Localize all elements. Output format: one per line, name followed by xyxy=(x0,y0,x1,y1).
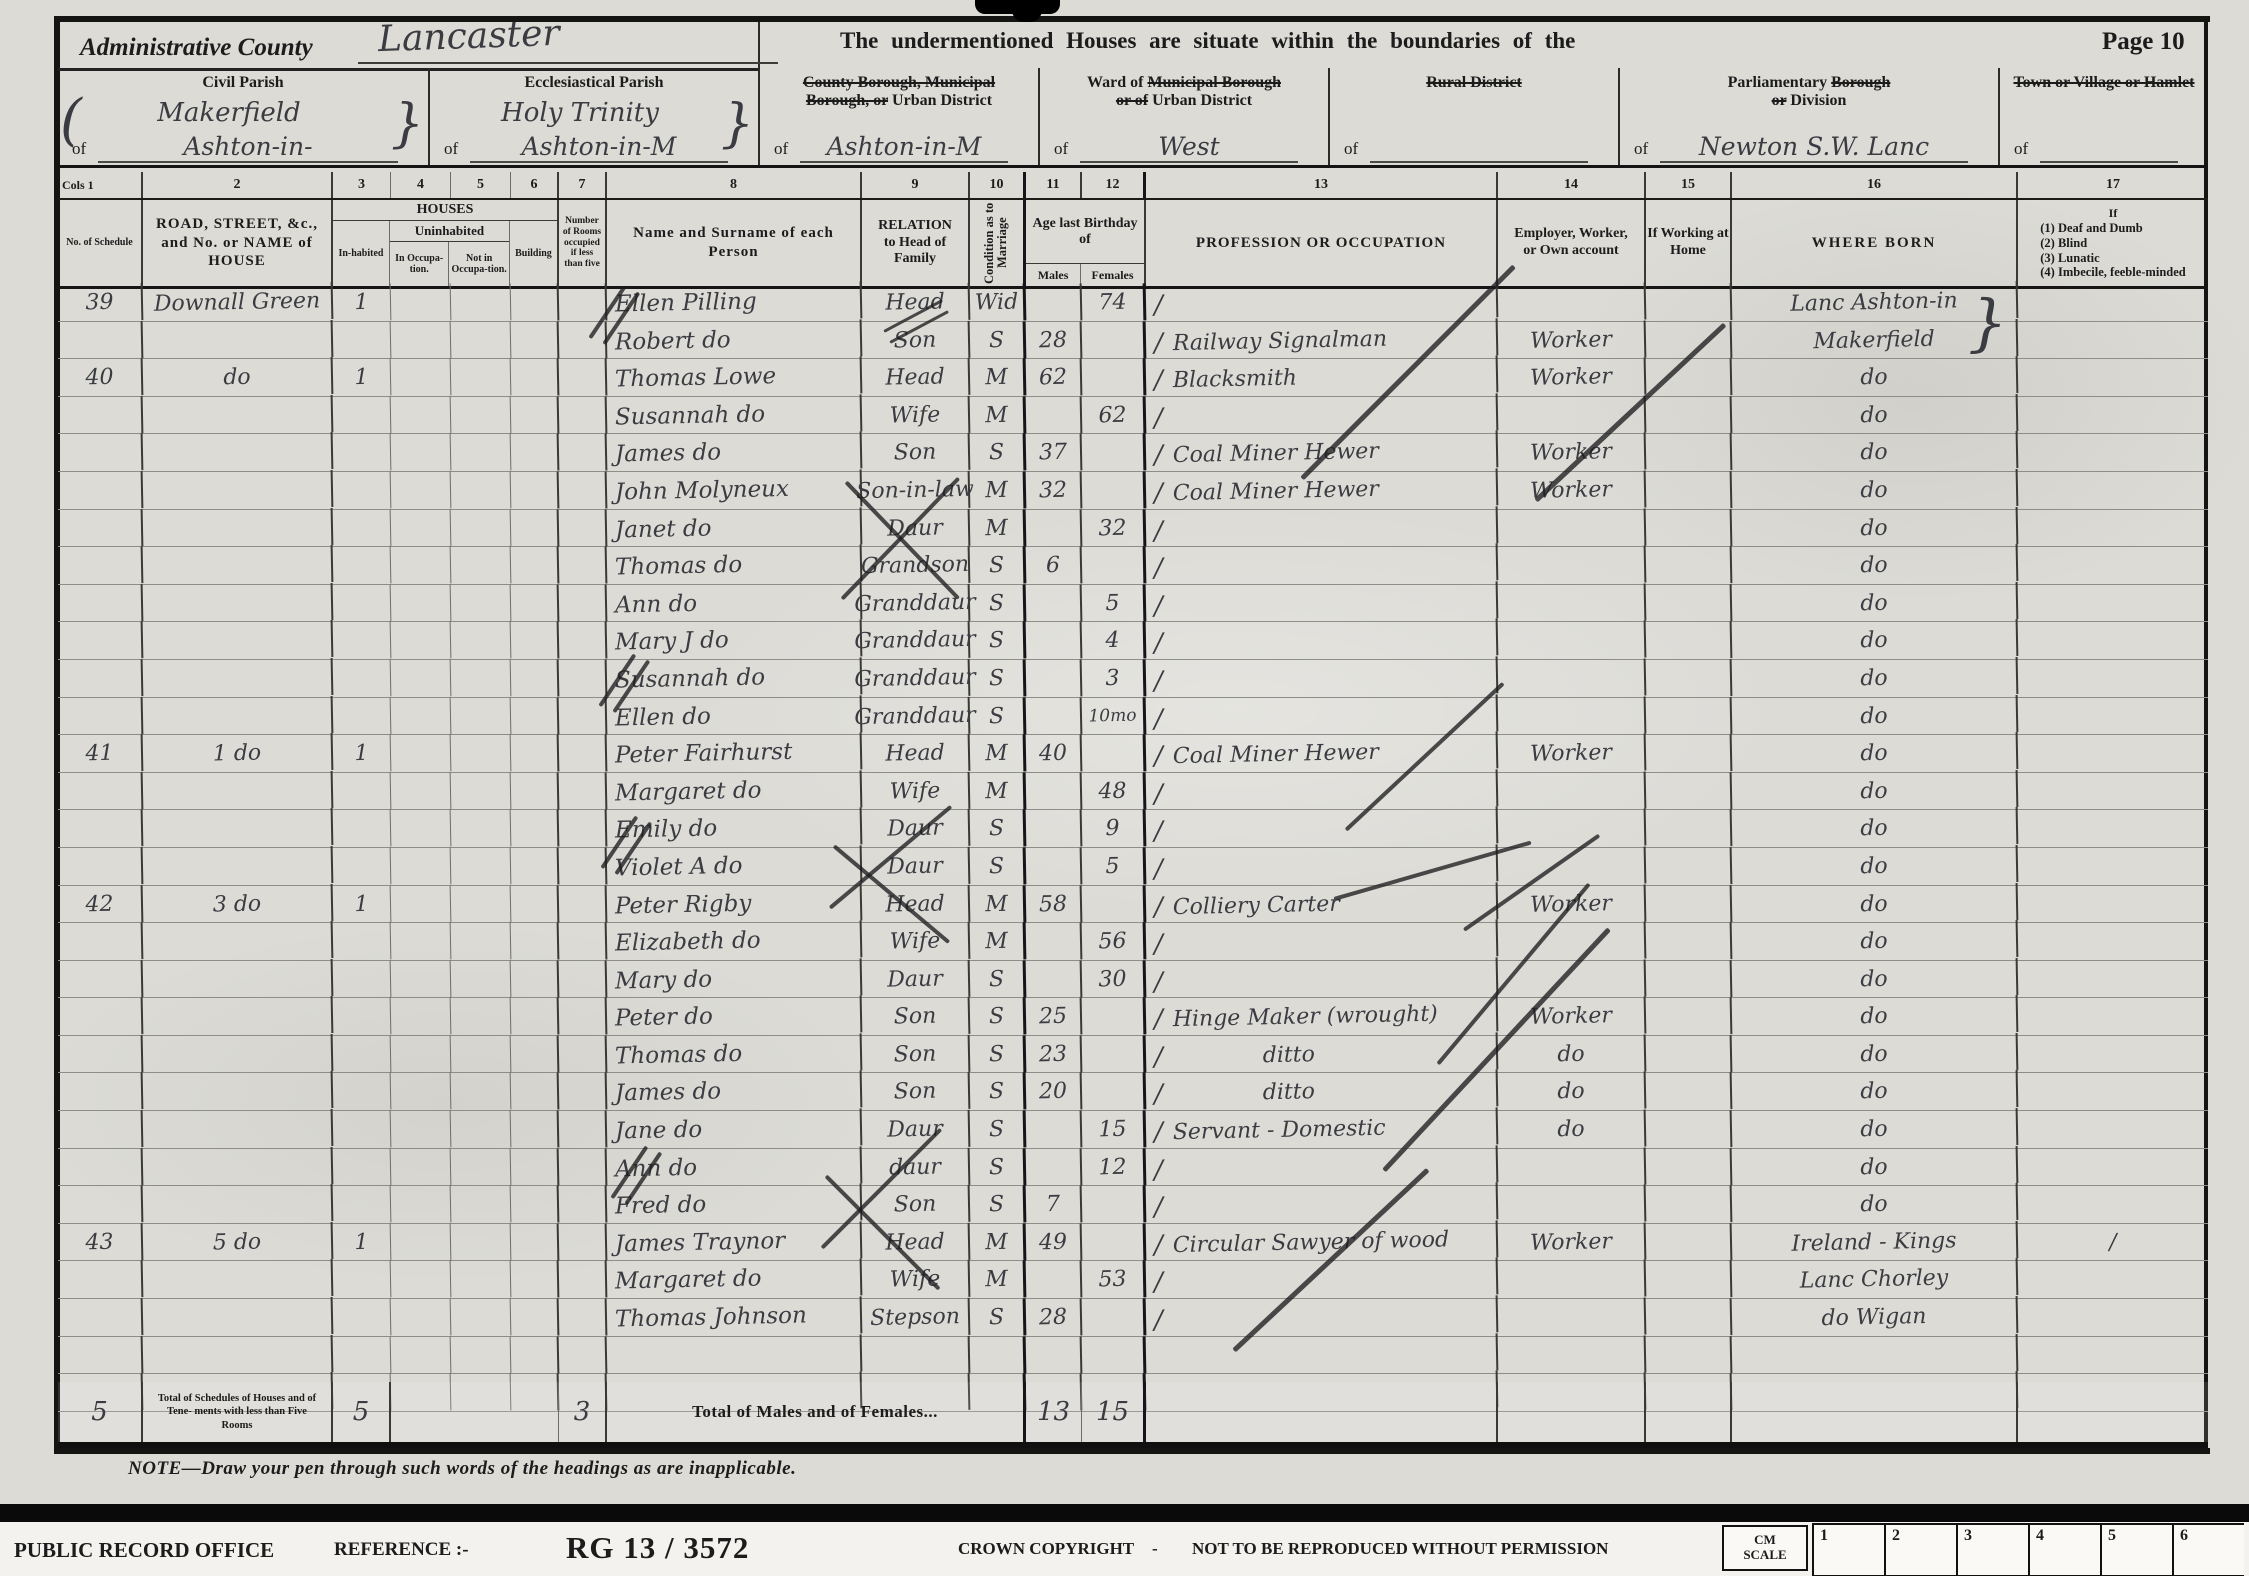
cell-cond-r15: S xyxy=(970,810,1027,848)
totals-males-value: 13 xyxy=(1037,1397,1070,1427)
cell-born-r3: do xyxy=(1732,356,2019,399)
scan-hole-mark2 xyxy=(1012,0,1042,22)
cell-occ-r11: ∕ xyxy=(1146,656,1499,700)
cell-rd-r1: Downall Green xyxy=(143,282,334,323)
cell-nm-r18: Elizabeth do xyxy=(607,920,863,962)
parish-box-1: Civil ParishMakerfieldofAshton-in-}( xyxy=(58,68,430,167)
cell-s-r15 xyxy=(58,809,144,847)
cell-emp-r1 xyxy=(1498,282,1647,322)
cell-houses-r8 xyxy=(1646,546,1733,584)
cell-rd-r24 xyxy=(143,1147,334,1188)
cell-ro-r7 xyxy=(559,509,608,547)
cell-m-r20: 25 xyxy=(1026,998,1083,1036)
cell-houses-r11 xyxy=(391,659,452,697)
cell-ro-r14 xyxy=(559,772,608,810)
cell-emp-r29 xyxy=(1498,1335,1647,1375)
cell-m-r11 xyxy=(1026,659,1083,697)
cell-born-r23: do xyxy=(1732,1108,2019,1151)
cell-rel-r18: Wife xyxy=(862,922,971,961)
cell-m-r12 xyxy=(1026,697,1083,735)
admin-underline xyxy=(358,62,778,64)
cell-born-r27: Lanc Chorley xyxy=(1732,1258,2019,1301)
of-label: of xyxy=(774,139,788,159)
cell-occ-r12: ∕ xyxy=(1146,694,1499,738)
cell-f-r8 xyxy=(1082,546,1147,584)
cell-f-r4: 62 xyxy=(1082,396,1147,434)
tally-slash-mark: ∕ xyxy=(1154,1043,1163,1073)
cell-occ-r8: ∕ xyxy=(1146,543,1499,587)
footer-strip: PUBLIC RECORD OFFICE REFERENCE :- RG 13 … xyxy=(0,1522,2249,1576)
census-scan-page: Administrative County Lancaster The unde… xyxy=(0,0,2249,1576)
table-row: 40do1Thomas LoweHeadM62∕BlacksmithWorker… xyxy=(58,359,2208,397)
cell-houses-r13 xyxy=(391,735,452,773)
cell-rd-r22 xyxy=(143,1071,334,1112)
cell-houses-r2 xyxy=(451,321,512,359)
col-road-label: ROAD, STREET, &c., and No. or NAME of HO… xyxy=(143,215,331,271)
cell-houses-r4 xyxy=(451,396,512,434)
cell-rd-r19 xyxy=(143,959,334,1000)
scale-label: SCALE xyxy=(1743,1548,1786,1563)
table-header: Cols 1234567891011121314151617 No. of Sc… xyxy=(58,172,2208,289)
cell-cond-r26: M xyxy=(970,1223,1027,1261)
cell-inf-r3 xyxy=(2018,357,2209,398)
cell-ro-r25 xyxy=(559,1186,608,1224)
cell-rd-r8 xyxy=(143,545,334,586)
cell-houses-r14 xyxy=(1646,772,1733,810)
parish-box-2: Ecclesiastical ParishHoly TrinityofAshto… xyxy=(430,68,760,167)
cell-houses-r8 xyxy=(391,547,452,585)
cell-nm-r4: Susannah do xyxy=(607,394,863,436)
cell-s-r24 xyxy=(58,1148,144,1186)
cell-in-r10 xyxy=(333,622,392,660)
cell-houses-r17 xyxy=(1646,885,1733,923)
cell-houses-r2 xyxy=(511,321,560,359)
cell-f-r24: 12 xyxy=(1082,1148,1147,1186)
table-row: John MolyneuxSon-in-lawM32∕Coal Miner He… xyxy=(58,472,2208,510)
cell-houses-r6 xyxy=(511,471,560,509)
footer-reference-value: RG 13 / 3572 xyxy=(566,1530,749,1566)
cell-houses-r1 xyxy=(1646,283,1733,321)
cell-cond-r21: S xyxy=(970,1035,1027,1073)
cell-houses-r27 xyxy=(391,1261,452,1299)
admin-county-label: Administrative County xyxy=(80,34,313,62)
cell-houses-r15 xyxy=(1646,809,1733,847)
cell-houses-r20 xyxy=(451,998,512,1036)
cell-s-r2 xyxy=(58,321,144,359)
col-infirmity-header: If (1) Deaf and Dumb(2) Blind(3) Lunatic… xyxy=(2018,200,2208,286)
cell-houses-r25 xyxy=(451,1186,512,1224)
cell-houses-r24 xyxy=(1646,1148,1733,1186)
cell-f-r9: 5 xyxy=(1082,584,1147,622)
cell-houses-r28 xyxy=(451,1298,512,1336)
cell-rel-r9: Granddaur xyxy=(862,584,971,623)
cell-born-r7: do xyxy=(1732,507,2019,550)
cell-houses-r16 xyxy=(511,847,560,885)
table-row: Mary J doGranddaurS4∕do xyxy=(58,622,2208,660)
cell-houses-r1 xyxy=(391,283,452,321)
cell-in-r8 xyxy=(333,547,392,585)
cell-ro-r15 xyxy=(559,810,608,848)
parish-box-label: Civil Parish xyxy=(58,74,428,92)
cell-born-r29 xyxy=(1732,1334,2019,1377)
cell-ro-r3 xyxy=(559,359,608,397)
cell-in-r6 xyxy=(333,471,392,509)
col-home-label: If Working at Home xyxy=(1646,226,1730,260)
cell-f-r14: 48 xyxy=(1082,772,1147,810)
cell-born-r16: do xyxy=(1732,845,2019,888)
cell-houses-r21 xyxy=(391,1035,452,1073)
brace-left-mark: ( xyxy=(60,88,82,153)
cell-inf-r23 xyxy=(2018,1109,2209,1150)
parish-box-label: Rural District xyxy=(1330,74,1618,92)
cell-nm-r3: Thomas Lowe xyxy=(607,357,863,399)
cell-in-r1: 1 xyxy=(333,283,392,321)
col-profession-label: PROFESSION OR OCCUPATION xyxy=(1196,234,1446,253)
cell-occupation: Coal Miner Hewer xyxy=(1173,477,1380,506)
cell-houses-r23 xyxy=(1646,1110,1733,1148)
cell-houses-r5 xyxy=(511,434,560,472)
cell-nm-r25: Fred do xyxy=(607,1184,863,1226)
cell-ro-r2 xyxy=(559,321,608,359)
cell-nm-r9: Ann do xyxy=(607,582,863,624)
parish-box-6: Parliamentary Boroughor DivisionofNewton… xyxy=(1620,68,2000,167)
col-relation-header: RELATION to Head of Family xyxy=(862,200,970,286)
cell-cond-r29 xyxy=(970,1336,1027,1374)
cell-houses-r5 xyxy=(391,434,452,472)
cell-m-r2: 28 xyxy=(1026,321,1083,359)
cell-in-r23 xyxy=(333,1110,392,1148)
table-row: 39Downall Green1Ellen PillingHeadWid74∕L… xyxy=(58,284,2208,322)
cell-occ-r5: ∕Coal Miner Hewer xyxy=(1146,431,1499,475)
cell-m-r28: 28 xyxy=(1026,1298,1083,1336)
cell-emp-r8 xyxy=(1498,546,1647,586)
cell-in-r13: 1 xyxy=(333,735,392,773)
cell-m-r4 xyxy=(1026,396,1083,434)
cell-occupation: Blacksmith xyxy=(1173,366,1298,394)
cell-born-r20: do xyxy=(1732,995,2019,1038)
cell-rel-r15: Daur xyxy=(862,809,971,848)
cell-rel-r21: Son xyxy=(862,1035,971,1074)
cell-emp-r14 xyxy=(1498,771,1647,811)
cell-houses-r17 xyxy=(511,885,560,923)
cell-nm-r22: James do xyxy=(607,1071,863,1113)
cell-cond-r2: S xyxy=(970,321,1027,359)
ruler-cell-3: 3 xyxy=(1956,1525,2028,1575)
parish-box-4: Ward of Municipal Boroughor of Urban Dis… xyxy=(1040,68,1330,167)
cell-in-r17: 1 xyxy=(333,885,392,923)
cell-houses-r25 xyxy=(511,1186,560,1224)
cell-m-r26: 49 xyxy=(1026,1223,1083,1261)
cell-rd-r2 xyxy=(143,320,334,361)
cell-cond-r12: S xyxy=(970,697,1027,735)
col-number-5: 5 xyxy=(451,172,511,198)
cell-inf-r18 xyxy=(2018,921,2209,962)
cell-rel-r3: Head xyxy=(862,358,971,397)
cell-occupation: ditto xyxy=(1263,1079,1316,1105)
cell-f-r27: 53 xyxy=(1082,1261,1147,1299)
cell-f-r6 xyxy=(1082,471,1147,509)
cell-occupation: ditto xyxy=(1263,1042,1316,1068)
cell-cond-r22: S xyxy=(970,1073,1027,1111)
cell-m-r1 xyxy=(1026,283,1083,321)
cell-houses-r10 xyxy=(1646,621,1733,659)
cell-occ-r20: ∕Hinge Maker (wrought) xyxy=(1146,995,1499,1039)
cell-f-r1: 74 xyxy=(1082,283,1147,321)
cell-rd-r12 xyxy=(143,696,334,737)
cell-rd-r23 xyxy=(143,1109,334,1150)
cell-m-r16 xyxy=(1026,847,1083,885)
cell-born-r11: do xyxy=(1732,657,2019,700)
infirmity-title: If xyxy=(2040,206,2185,221)
cell-emp-r18 xyxy=(1498,922,1647,962)
tally-slash-mark: ∕ xyxy=(1154,629,1163,659)
tally-slash-mark: ∕ xyxy=(1154,479,1163,509)
of-label: of xyxy=(2014,139,2028,159)
cell-occ-r10: ∕ xyxy=(1146,619,1499,663)
cell-houses-r5 xyxy=(1646,433,1733,471)
cell-cond-r24: S xyxy=(970,1148,1027,1186)
cell-ro-r21 xyxy=(559,1035,608,1073)
cell-emp-r12 xyxy=(1498,696,1647,736)
cell-occ-r6: ∕Coal Miner Hewer xyxy=(1146,468,1499,512)
cell-houses-r15 xyxy=(511,810,560,848)
cell-s-r7 xyxy=(58,509,144,547)
cell-in-r14 xyxy=(333,772,392,810)
parish-box-label: County Borough, MunicipalBorough, or Urb… xyxy=(760,74,1038,111)
cell-in-r22 xyxy=(333,1073,392,1111)
tally-slash-mark: ∕ xyxy=(1154,1268,1163,1298)
cell-inf-r17 xyxy=(2018,884,2209,925)
cell-m-r25: 7 xyxy=(1026,1186,1083,1224)
cell-m-r5: 37 xyxy=(1026,434,1083,472)
cell-s-r28 xyxy=(58,1298,144,1336)
cell-cond-r3: M xyxy=(970,359,1027,397)
cell-s-r6 xyxy=(58,471,144,509)
table-row: James doSonS20∕dittododo xyxy=(58,1073,2208,1111)
cell-ro-r6 xyxy=(559,471,608,509)
cell-occupation: Coal Miner Hewer xyxy=(1173,740,1380,769)
cell-houses-r7 xyxy=(1646,509,1733,547)
totals-label-cell: Total of Schedules of Houses and of Tene… xyxy=(143,1382,333,1442)
cell-s-r17: 42 xyxy=(58,885,144,923)
table-row: Fred doSonS7∕do xyxy=(58,1186,2208,1224)
cell-inf-r4 xyxy=(2018,395,2209,436)
tally-slash-mark: ∕ xyxy=(1154,1193,1163,1223)
cell-houses-r27 xyxy=(511,1261,560,1299)
cell-s-r26: 43 xyxy=(58,1223,144,1261)
cell-s-r25 xyxy=(58,1185,144,1223)
cell-cond-r28: S xyxy=(970,1298,1027,1336)
cell-inf-r6 xyxy=(2018,470,2209,511)
cell-inf-r2 xyxy=(2018,320,2209,361)
cell-cond-r6: M xyxy=(970,471,1027,509)
cell-s-r22 xyxy=(58,1073,144,1111)
cell-inf-r27 xyxy=(2018,1259,2209,1300)
cell-f-r17 xyxy=(1082,885,1147,923)
col-number-14: 14 xyxy=(1498,172,1646,198)
parish-value-line2 xyxy=(2040,161,2178,163)
cell-s-r14 xyxy=(58,772,144,810)
totals-males-females-label: Total of Males and of Females... xyxy=(692,1402,938,1422)
table-row xyxy=(58,1337,2208,1375)
cell-f-r12: 10mo xyxy=(1082,697,1147,735)
tally-slash-mark: ∕ xyxy=(1154,892,1163,922)
col-employer-header: Employer, Worker, or Own account xyxy=(1498,200,1646,286)
cell-houses-r6 xyxy=(451,471,512,509)
cell-rel-r19: Daur xyxy=(862,960,971,999)
footer-black-band xyxy=(0,1504,2249,1522)
table-row: James doSonS37∕Coal Miner HewerWorkerdo xyxy=(58,434,2208,472)
cell-s-r20 xyxy=(58,997,144,1035)
cell-in-r15 xyxy=(333,810,392,848)
ruler-cell-5: 5 xyxy=(2100,1525,2172,1575)
cell-rd-r9 xyxy=(143,583,334,624)
cell-s-r27 xyxy=(58,1261,144,1299)
cell-rd-r6 xyxy=(143,470,334,511)
cell-inf-r13 xyxy=(2018,733,2209,774)
cell-born-r13: do xyxy=(1732,732,2019,775)
ruler-cell-1: 1 xyxy=(1812,1525,1884,1575)
cell-houses-r16 xyxy=(451,847,512,885)
totals-label: Total of Schedules of Houses and of Tene… xyxy=(143,1392,331,1431)
cell-nm-r19: Mary do xyxy=(607,958,863,1000)
parish-value-line2: Ashton-in- xyxy=(98,132,398,163)
totals-females-value: 15 xyxy=(1096,1397,1129,1427)
cell-rel-r6: Son-in-law xyxy=(862,471,971,510)
totals-inhabited-value: 5 xyxy=(353,1397,370,1427)
cell-houses-r22 xyxy=(451,1073,512,1111)
parish-box-7: Town or Village or Hamletof xyxy=(2000,68,2208,167)
cell-ro-r26 xyxy=(559,1223,608,1261)
cell-ro-r13 xyxy=(559,735,608,773)
cell-houses-r18 xyxy=(1646,922,1733,960)
table-row: Thomas JohnsonStepsonS28∕do Wigan xyxy=(58,1299,2208,1337)
cell-rd-r5 xyxy=(143,432,334,473)
cell-cond-r19: S xyxy=(970,960,1027,998)
totals-males-females-label-cell: Total of Males and of Females... xyxy=(607,1382,1026,1442)
cell-houses-r4 xyxy=(511,396,560,434)
cell-m-r7 xyxy=(1026,509,1083,547)
cell-emp-r25 xyxy=(1498,1185,1647,1225)
column-labels-row: No. of Schedule ROAD, STREET, &c., and N… xyxy=(58,200,2208,289)
cell-in-r27 xyxy=(333,1261,392,1299)
cell-houses-r7 xyxy=(391,509,452,547)
cell-f-r16: 5 xyxy=(1082,847,1147,885)
cell-rd-r10 xyxy=(143,620,334,661)
cell-rd-r11 xyxy=(143,658,334,699)
cell-cond-r23: S xyxy=(970,1110,1027,1148)
table-row: 423 do1Peter RigbyHeadM58∕Colliery Carte… xyxy=(58,886,2208,924)
cell-houses-r26 xyxy=(511,1223,560,1261)
infirmity-item-1: (1) Deaf and Dumb xyxy=(2040,221,2185,236)
totals-empty-born xyxy=(1732,1382,2018,1442)
cell-in-r4 xyxy=(333,396,392,434)
cell-cond-r4: M xyxy=(970,396,1027,434)
totals-males-cell: 13 xyxy=(1026,1382,1082,1442)
cell-m-r17: 58 xyxy=(1026,885,1083,923)
totals-row: 5 Total of Schedules of Houses and of Te… xyxy=(58,1382,2208,1448)
cell-cond-r18: M xyxy=(970,923,1027,961)
cell-emp-r6: Worker xyxy=(1498,470,1647,510)
cell-houses-r26 xyxy=(1646,1223,1733,1261)
infirmity-item-4: (4) Imbecile, feeble-minded xyxy=(2040,265,2185,280)
cell-occ-r28: ∕ xyxy=(1146,1295,1499,1339)
cell-emp-r7 xyxy=(1498,508,1647,548)
cell-houses-r3 xyxy=(451,359,512,397)
table-row: Jane doDaurS15∕Servant - Domesticdodo xyxy=(58,1111,2208,1149)
cell-houses-r19 xyxy=(511,960,560,998)
tally-slash-mark: ∕ xyxy=(1154,328,1163,358)
cell-rd-r25 xyxy=(143,1184,334,1225)
cell-m-r29 xyxy=(1026,1336,1083,1374)
parish-value-line1: Holy Trinity xyxy=(430,98,730,128)
cell-in-r2 xyxy=(333,321,392,359)
cell-m-r13: 40 xyxy=(1026,735,1083,773)
cell-houses-r10 xyxy=(451,622,512,660)
cell-m-r15 xyxy=(1026,810,1083,848)
cell-emp-r22: do xyxy=(1498,1072,1647,1112)
cell-ro-r29 xyxy=(559,1336,608,1374)
infirmity-item-2: (2) Blind xyxy=(2040,236,2185,251)
cell-houses-r8 xyxy=(451,547,512,585)
table-row: Margaret doWifeM53∕Lanc Chorley xyxy=(58,1261,2208,1299)
cell-ro-r9 xyxy=(559,584,608,622)
cell-cond-r1: Wid xyxy=(970,283,1027,321)
cell-houses-r20 xyxy=(1646,997,1733,1035)
tally-slash-mark: ∕ xyxy=(1154,667,1163,697)
parish-boxes-band: Civil ParishMakerfieldofAshton-in-}(Eccl… xyxy=(58,68,2208,167)
table-row: Ann doGranddaurS5∕do xyxy=(58,585,2208,623)
cell-emp-r26: Worker xyxy=(1498,1222,1647,1262)
cell-emp-r27 xyxy=(1498,1260,1647,1300)
cell-houses-r16 xyxy=(1646,847,1733,885)
cell-cond-r14: M xyxy=(970,772,1027,810)
cell-f-r5 xyxy=(1082,434,1147,472)
cell-houses-r1 xyxy=(511,284,560,322)
tally-slash-mark: ∕ xyxy=(1154,441,1163,471)
of-label: of xyxy=(1634,139,1648,159)
parish-box-label: Parliamentary Boroughor Division xyxy=(1620,74,1998,111)
cell-rd-r29 xyxy=(143,1335,334,1376)
cell-houses-r19 xyxy=(391,960,452,998)
cell-f-r26 xyxy=(1082,1223,1147,1261)
cell-m-r6: 32 xyxy=(1026,471,1083,509)
cell-f-r13 xyxy=(1082,734,1147,772)
cell-houses-r9 xyxy=(511,584,560,622)
cell-s-r11 xyxy=(58,659,144,697)
cell-nm-r20: Peter do xyxy=(607,996,863,1038)
cell-houses-r20 xyxy=(391,998,452,1036)
cell-s-r1: 39 xyxy=(58,283,144,321)
cell-ro-r19 xyxy=(559,960,608,998)
cell-inf-r12 xyxy=(2018,696,2209,737)
cell-inf-r29 xyxy=(2018,1335,2209,1376)
col-number-3: 3 xyxy=(333,172,391,198)
cell-nm-r23: Jane do xyxy=(607,1108,863,1150)
brace-mark: } xyxy=(391,94,424,154)
tally-slash-mark: ∕ xyxy=(1154,855,1163,885)
table-row: Violet A doDaurS5∕do xyxy=(58,848,2208,886)
cell-inf-r5 xyxy=(2018,432,2209,473)
cell-houses-r29 xyxy=(511,1336,560,1374)
cell-nm-r7: Janet do xyxy=(607,507,863,549)
col-rooms-label: Number of Rooms occupied if less than fi… xyxy=(559,216,605,271)
cell-nm-r13: Peter Fairhurst xyxy=(607,732,863,774)
cell-cond-r25: S xyxy=(970,1186,1027,1224)
table-row: Margaret doWifeM48∕do xyxy=(58,773,2208,811)
tally-slash-mark: ∕ xyxy=(1154,516,1163,546)
table-row: Susannah doGranddaurS3∕do xyxy=(58,660,2208,698)
